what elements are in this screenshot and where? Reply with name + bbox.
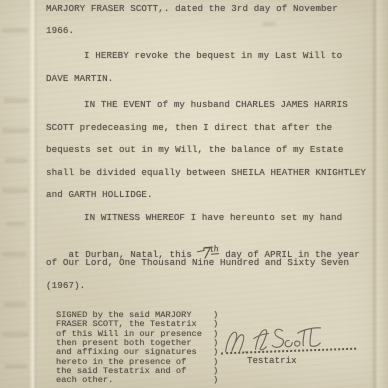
testatrix-signature (221, 321, 341, 357)
paper-right-edge (371, 0, 388, 388)
bleedthrough-mark (2, 28, 28, 33)
attestation-bracket: ) (213, 376, 218, 385)
handwritten-day-suffix: th (210, 244, 219, 255)
bleedthrough-mark (6, 222, 26, 226)
document-line: SCOTT predeceasing me, then I direct tha… (46, 123, 332, 132)
document-line: IN THE EVENT of my husband CHARLES JAMES… (84, 100, 348, 109)
document-line: I HEREBY revoke the bequest in my Last W… (84, 51, 342, 60)
document-line: and GARTH HOLLIDGE. (46, 190, 153, 199)
attestation-text: each other. (56, 375, 113, 385)
document-line: IN WITNESS WHEREOF I have hereunto set m… (84, 213, 342, 222)
attestation-row: each other.) (56, 376, 226, 385)
document-line: of Our Lord, One Thousand Nine Hundred a… (46, 258, 349, 267)
bleedthrough-mark (2, 188, 28, 193)
document-line: shall be divided equally between SHEILA … (46, 168, 366, 177)
scanned-will-page: MARJORY FRASER SCOTT,. dated the 3rd day… (0, 0, 388, 388)
bleedthrough-mark (262, 22, 276, 26)
bleedthrough-mark (5, 364, 27, 369)
bleedthrough-mark (2, 332, 28, 337)
document-line: MARJORY FRASER SCOTT,. dated the 3rd day… (46, 4, 338, 13)
bleedthrough-mark (4, 98, 28, 103)
bleedthrough-mark (4, 302, 26, 307)
bleedthrough-mark (5, 158, 27, 163)
paper-fold-crease (29, 0, 38, 388)
bleedthrough-mark (2, 252, 26, 257)
bleedthrough-mark (2, 128, 29, 133)
document-line: bequests set out in my Will, the balance… (46, 145, 344, 154)
document-line: DAVE MARTIN. (46, 74, 113, 83)
testatrix-label: Testatrix (247, 355, 297, 366)
document-line: (1967). (46, 281, 85, 290)
document-line: 1966. (46, 26, 74, 35)
attestation-clause: SIGNED by the said MARJORY) FRASER SCOTT… (56, 311, 226, 386)
